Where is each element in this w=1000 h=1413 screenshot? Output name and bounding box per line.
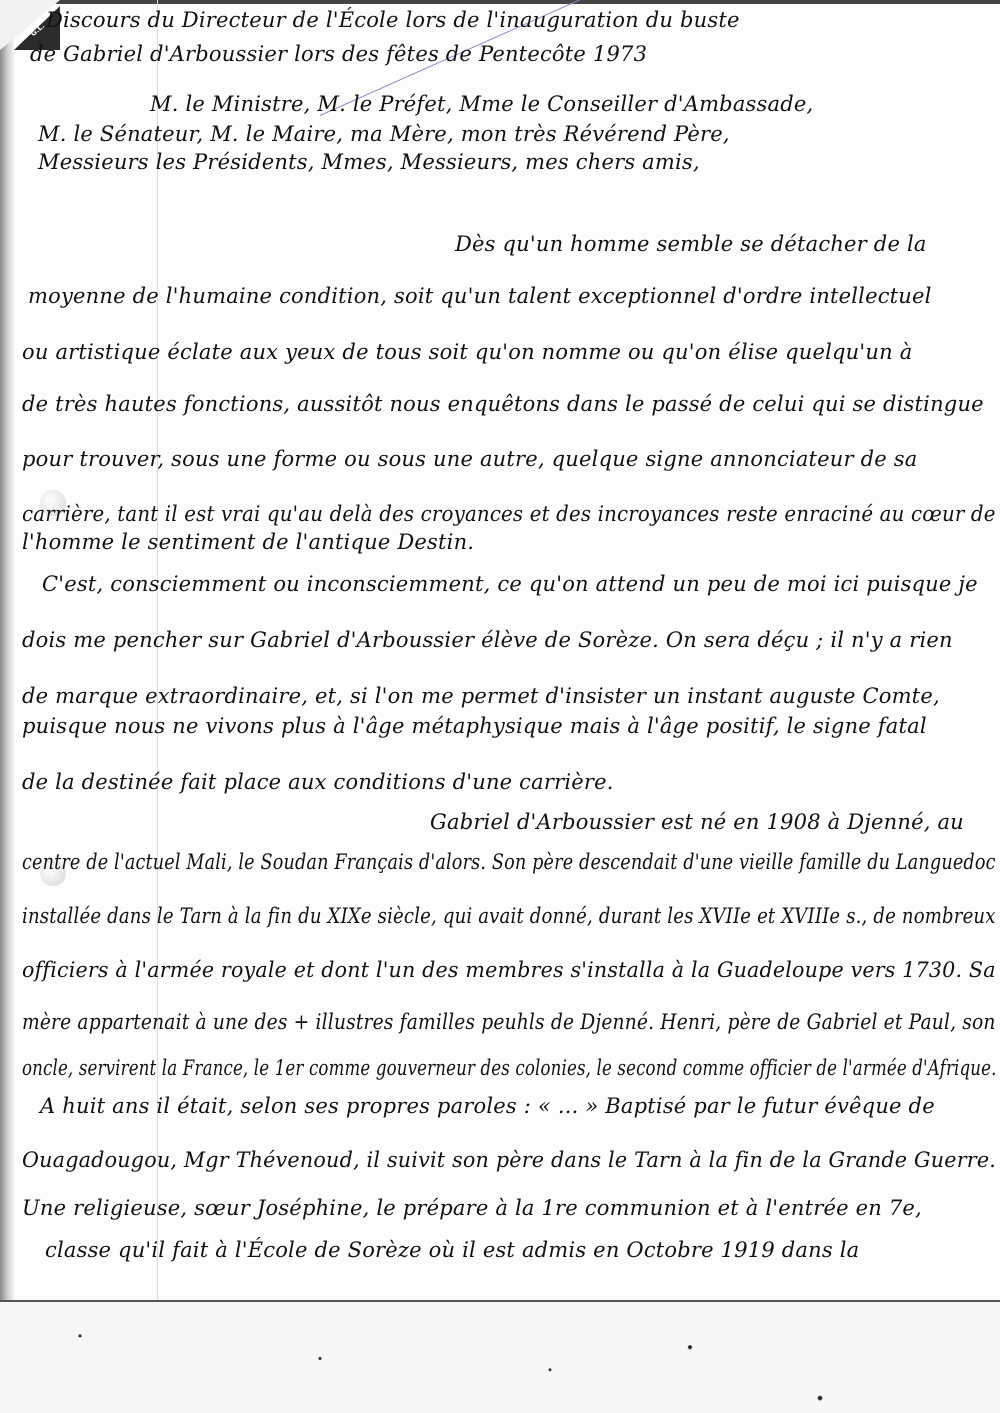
body-line: l'homme le sentiment de l'antique Destin… (22, 530, 474, 554)
body-line: installée dans le Tarn à la fin du XIXe … (22, 904, 996, 928)
body-line: oncle, servirent la France, le 1er comme… (22, 1056, 997, 1080)
body-line: Dès qu'un homme semble se détacher de la (455, 232, 927, 256)
salutation-line: Messieurs les Présidents, Mmes, Messieur… (38, 150, 700, 174)
body-line: classe qu'il fait à l'École de Sorèze où… (45, 1238, 859, 1262)
body-line: puisque nous ne vivons plus à l'âge méta… (22, 714, 927, 738)
body-line: de marque extraordinaire, et, si l'on me… (22, 684, 940, 708)
header-line: de Gabriel d'Arboussier lors des fêtes d… (30, 42, 647, 66)
body-line: de très hautes fonctions, aussitôt nous … (22, 392, 984, 416)
page-top-edge (0, 0, 1000, 4)
body-line: ou artistique éclate aux yeux de tous so… (22, 340, 912, 364)
body-line: A huit ans il était, selon ses propres p… (40, 1094, 935, 1118)
body-line: centre de l'actuel Mali, le Soudan Franç… (22, 850, 996, 874)
body-line: de la destinée fait place aux conditions… (22, 770, 614, 794)
header-line: Discours du Directeur de l'École lors de… (46, 8, 740, 32)
salutation-line: M. le Sénateur, M. le Maire, ma Mère, mo… (38, 122, 730, 146)
body-line: carrière, tant il est vrai qu'au delà de… (22, 502, 996, 526)
scanner-bottom-edge (0, 1300, 1000, 1413)
body-line: pour trouver, sous une forme ou sous une… (22, 447, 918, 471)
body-line: Ouagadougou, Mgr Thévenoud, il suivit so… (22, 1148, 996, 1172)
page-left-edge (0, 0, 14, 1300)
body-line: C'est, consciemment ou inconsciemment, c… (42, 572, 978, 596)
body-line: Une religieuse, sœur Joséphine, le prépa… (22, 1196, 922, 1220)
body-line: officiers à l'armée royale et dont l'un … (22, 958, 996, 982)
body-line: mère appartenait à une des + illustres f… (22, 1010, 996, 1034)
body-line: Gabriel d'Arboussier est né en 1908 à Dj… (430, 810, 964, 834)
document-page: G.L. Discours du Directeur de l'École lo… (0, 0, 1000, 1300)
body-line: moyenne de l'humaine condition, soit qu'… (28, 284, 932, 308)
salutation-line: M. le Ministre, M. le Préfet, Mme le Con… (150, 92, 813, 116)
body-line: dois me pencher sur Gabriel d'Arboussier… (22, 628, 953, 652)
